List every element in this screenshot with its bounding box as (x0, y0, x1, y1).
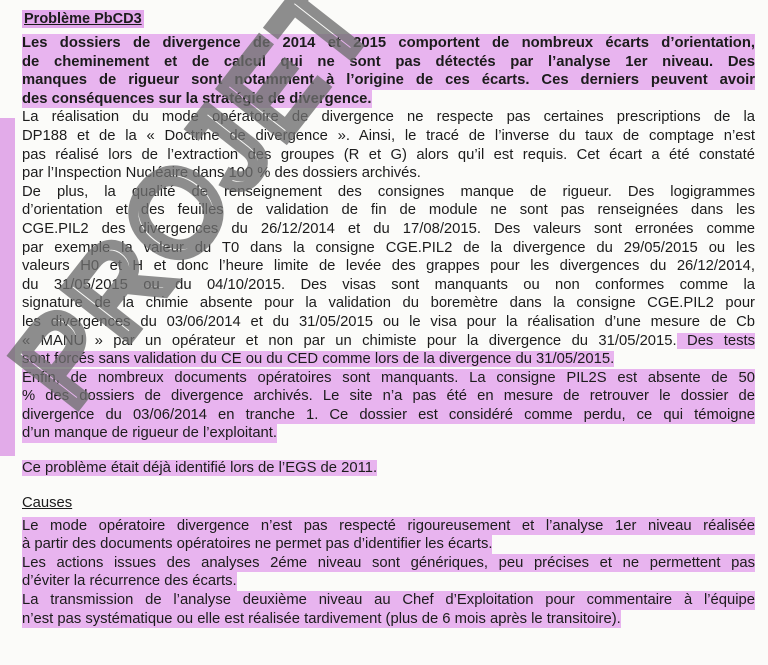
body-line: pas réalisé lors de l’extraction des gro… (22, 146, 755, 165)
body-line: De plus, la qualité de renseignement des… (22, 183, 755, 202)
summary-line: manques de rigueur sont notamment à l’or… (22, 71, 755, 90)
problem-title: Problème PbCD3 (22, 10, 144, 28)
summary-line: de cheminement et de calcul qui ne sont … (22, 53, 755, 72)
summary-line: des conséquences sur la stratégie de div… (22, 90, 372, 109)
body-line: valeurs H0 et H et donc l’heure limite d… (22, 257, 755, 276)
cause-line: Le mode opératoire divergence n’est pas … (22, 517, 755, 536)
missing-documents-paragraph: Enfin, de nombreux documents opératoires… (22, 369, 755, 443)
findings-paragraph: La réalisation du mode opératoire de div… (22, 108, 755, 368)
highlighted-line: sont forcés sans validation du CE ou du … (22, 351, 614, 367)
body-line: les divergences du 03/06/2014 et du 31/0… (22, 313, 755, 332)
body-line-text: « MANU » par un opérateur et non par un … (22, 333, 677, 349)
body-line: DP188 et de la « Doctrine de divergence … (22, 127, 755, 146)
enfin-line: d’un manque de rigueur de l’exploitant. (22, 424, 277, 443)
causes-list: Le mode opératoire divergence n’est pas … (22, 517, 755, 629)
margin-highlight-bar (0, 118, 15, 456)
spacer (22, 443, 755, 459)
causes-heading: Causes (22, 495, 72, 511)
body-line: d’orientation et des feuilles de validat… (22, 201, 755, 220)
document-content: Problème PbCD3 Les dossiers de divergenc… (22, 10, 755, 628)
summary-paragraph: Les dossiers de divergence de 2014 et 20… (22, 34, 755, 108)
body-line: La réalisation du mode opératoire de div… (22, 108, 755, 127)
enfin-line: divergence du 03/06/2014 en tranche 1. C… (22, 406, 755, 425)
cause-line: d’éviter la récurrence des écarts. (22, 572, 237, 591)
body-line: par exemple la valeur du T0 dans la cons… (22, 239, 755, 258)
enfin-line: % des dossiers de divergence archivés. L… (22, 387, 755, 406)
body-line-with-highlight: « MANU » par un opérateur et non par un … (22, 332, 755, 351)
highlighted-fragment: Des tests (677, 333, 755, 349)
egs-paragraph: Ce problème était déjà identifié lors de… (22, 459, 755, 478)
body-line: par l’Inspection Nucléaire dans 100 % de… (22, 164, 755, 183)
cause-line: Les actions issues des analyses 2éme niv… (22, 554, 755, 573)
body-line: signature de la chimie absente pour la v… (22, 294, 755, 313)
cause-line: La transmission de l’analyse deuxième ni… (22, 591, 755, 610)
enfin-line: Enfin, de nombreux documents opératoires… (22, 369, 755, 388)
cause-line: à partir des documents opératoires ne pe… (22, 535, 492, 554)
summary-line: Les dossiers de divergence de 2014 et 20… (22, 34, 755, 53)
body-line: du 31/05/2015 ou du 04/10/2015. Des visa… (22, 276, 755, 295)
cause-line: n’est pas systématique ou elle est réali… (22, 610, 621, 629)
egs-line: Ce problème était déjà identifié lors de… (22, 460, 377, 476)
document-page: Problème PbCD3 Les dossiers de divergenc… (0, 0, 768, 665)
body-line: sont forcés sans validation du CE ou du … (22, 350, 755, 369)
body-line: CGE.PIL2 des divergences du 26/12/2014 e… (22, 220, 755, 239)
spacer (22, 478, 755, 494)
